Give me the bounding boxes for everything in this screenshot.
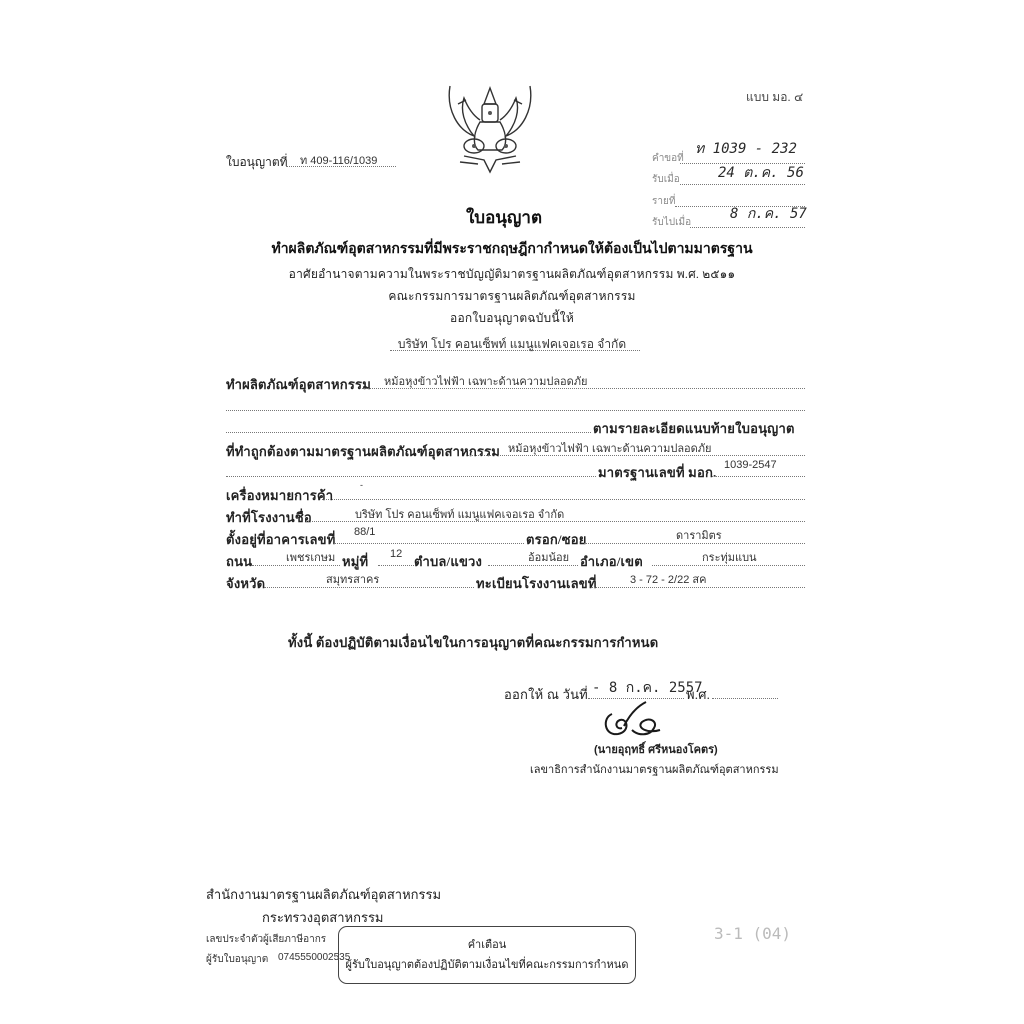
moo-value: 12 (390, 548, 402, 560)
received-value: 24 ต.ค. 56 (718, 162, 804, 184)
factory-reg-label: ทะเบียนโรงงานเลขที่ (476, 573, 597, 594)
issue-line: ออกใบอนุญาตฉบับนี้ให้ (0, 309, 1024, 328)
subdistrict-label: ตำบล/แขวง (414, 551, 482, 572)
factory-label: ทำที่โรงงานชื่อ (226, 507, 312, 528)
notice-box: คำเตือน ผู้รับใบอนุญาตต้องปฏิบัติตามเงื่… (338, 926, 636, 984)
committee-line: คณะกรรมการมาตรฐานผลิตภัณฑ์อุตสาหกรรม (0, 287, 1024, 306)
building-label: ตั้งอยู่ที่อาคารเลขที่ (226, 529, 336, 550)
alley-value: ดารามิตร (676, 526, 722, 544)
standard-value: 1039-2547 (724, 459, 777, 471)
signature-icon (598, 700, 668, 742)
issue-date-label: ออกให้ ณ วันที่ (504, 684, 588, 705)
moo-label: หมู่ที่ (342, 551, 368, 572)
office-name: สำนักงานมาตรฐานผลิตภัณฑ์อุตสาหกรรม (206, 884, 441, 905)
notice-title: คำเตือน (339, 935, 635, 953)
province-value: สมุทรสาคร (326, 570, 379, 588)
request-no-label: คำขอที่ (652, 151, 684, 166)
factory-reg-value: 3 - 72 - 2/22 สค (630, 570, 706, 588)
details-suffix: ตามรายละเอียดแนบท้ายใบอนุญาต (593, 418, 795, 439)
received-label: รับเมื่อ (652, 172, 680, 187)
product-label: ทำผลิตภัณฑ์อุตสาหกรรม (226, 374, 371, 395)
license-no-label: ใบอนุญาตที่ (226, 153, 288, 172)
conditions-text: ทั้งนี้ ต้องปฏิบัติตามเงื่อนไขในการอนุญา… (288, 632, 658, 653)
era-label: พ.ศ. (686, 684, 710, 705)
item-no-label: รายที่ (652, 194, 675, 209)
notice-text: ผู้รับใบอนุญาตต้องปฏิบัติตามเงื่อนไขที่ค… (339, 955, 635, 973)
factory-value: บริษัท โปร คอนเซ็พท์ แมนูแฟคเจอเรอ จำกัด (355, 505, 564, 523)
pencil-note: 3-1 (04) (714, 924, 791, 943)
conform-label: ที่ทำถูกต้องตามมาตรฐานผลิตภัณฑ์อุตสาหกรร… (226, 441, 500, 462)
province-label: จังหวัด (226, 573, 265, 594)
district-label: อำเภอ/เขต (580, 551, 643, 572)
license-no-value: ท 409-116/1039 (300, 151, 377, 169)
trademark-label: เครื่องหมายการค้า (226, 485, 333, 506)
authority-line: อาศัยอำนาจตามความในพระราชบัญญัติมาตรฐานผ… (0, 265, 1024, 284)
signatory-position: เลขาธิการสำนักงานมาตรฐานผลิตภัณฑ์อุตสาหก… (530, 760, 779, 778)
subdistrict-value: อ้อมน้อย (528, 548, 569, 566)
road-label: ถนน (226, 551, 252, 572)
licensee-name: บริษัท โปร คอนเซ็พท์ แมนูแฟคเจอเรอ จำกัด (0, 335, 1024, 354)
conform-value: หม้อหุงข้าวไฟฟ้า เฉพาะด้านความปลอดภัย (508, 439, 712, 457)
garuda-emblem-icon (444, 80, 536, 180)
form-code: แบบ มอ. ๔ (746, 88, 803, 107)
picked-up-value: 8 ก.ค. 57 (730, 203, 807, 225)
tax-id-label-1: เลขประจำตัวผู้เสียภาษีอากร (206, 932, 326, 947)
request-no-value: ท 1039 - 232 (695, 138, 797, 160)
road-value: เพชรเกษม (286, 548, 335, 566)
signatory-name: (นายอุฤทธิ์ ศรีหนองโคตร) (594, 740, 718, 758)
tax-id-label-2: ผู้รับใบอนุญาต (206, 952, 268, 967)
document-subtitle: ทำผลิตภัณฑ์อุตสาหกรรมที่มีพระราชกฤษฎีกาก… (0, 238, 1024, 260)
alley-label: ตรอก/ซอย (526, 529, 587, 550)
picked-up-label: รับไปเมื่อ (652, 215, 691, 230)
ministry-name: กระทรวงอุตสาหกรรม (262, 907, 384, 928)
building-value: 88/1 (354, 526, 375, 538)
district-value: กระทุ่มแบน (702, 548, 757, 566)
document-title: ใบอนุญาต (466, 204, 542, 231)
trademark-value: - (360, 480, 363, 490)
standard-label: มาตรฐานเลขที่ มอก. (598, 462, 716, 483)
product-value: หม้อหุงข้าวไฟฟ้า เฉพาะด้านความปลอดภัย (384, 372, 588, 390)
